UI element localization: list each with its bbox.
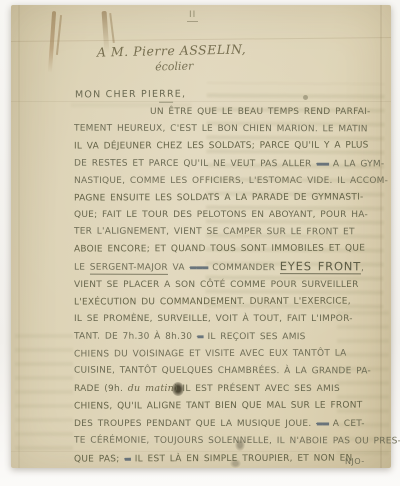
text-segment: du matin: [128, 383, 174, 394]
text-segment: CHIENS, QU'IL ALIGNE TANT BIEN QUE MAL S…: [74, 401, 363, 412]
page-number: II: [187, 10, 198, 22]
letter-line: DES TROUPES PENDANT QUE LA MUSIQUE JOUE.…: [74, 415, 388, 433]
salutation: MON CHER PIERRE,: [75, 89, 186, 101]
letter-line: NASTIQUE, COMME LES OFFICIERS, L'ESTOMAC…: [74, 173, 388, 190]
text-segment: VA: [168, 263, 189, 273]
text-segment: DE RESTES ET PARCE QU'IL NE VEUT PAS ALL…: [74, 159, 316, 170]
crossed-out-word: ▬▬▬: [189, 263, 207, 272]
letter-line: QUE PAS; ▬ IL EST LÀ EN SIMPLE TROUPIER,…: [74, 449, 388, 468]
crease-line: [11, 101, 391, 102]
crease-line: [18, 5, 20, 468]
text-segment: UN ÊTRE QUE LE BEAU TEMPS REND PARFAI-: [150, 107, 371, 117]
text-segment: A LA GYM-: [328, 159, 384, 169]
text-segment: COMMANDER: [208, 263, 280, 273]
letter-line: DE RESTES ET PARCE QU'IL NE VEUT PAS ALL…: [74, 155, 388, 174]
letter-line: PAGNE ENSUITE LES SOLDATS A LA PARADE DE…: [74, 189, 388, 207]
letter-line: VIENT SE PLACER A SON CÔTÉ COMME POUR SU…: [74, 277, 388, 294]
letter-line: L'EXÉCUTION DU COMMANDEMENT. DURANT L'EX…: [74, 293, 388, 311]
scan-background: II A M. Pierre ASSELIN, écolier MON CHER…: [0, 0, 400, 486]
text-segment: IL REÇOIT SES AMIS: [203, 332, 306, 342]
crossed-out-word: ▬: [124, 454, 130, 463]
text-segment: ABOIE ENCORE; ET QUAND TOUS SONT IMMOBIL…: [74, 244, 365, 255]
text-segment: EYES FRONT: [280, 259, 361, 274]
ink-speck: [303, 95, 308, 100]
text-segment: TER L'ALIGNEMENT, VIENT SE CAMPER SUR LE…: [74, 227, 355, 238]
letter-line: CHIENS, QU'IL ALIGNE TANT BIEN QUE MAL S…: [74, 397, 388, 415]
letter-line: IL SE PROMÈNE, SURVEILLE, VOIT À TOUT, F…: [74, 311, 388, 328]
crossed-out-word: ▬▬: [316, 419, 328, 428]
text-segment: NASTIQUE, COMME LES OFFICIERS, L'ESTOMAC…: [74, 176, 388, 186]
text-segment: QUE; FAIT LE TOUR DES PELOTONS EN ABOYAN…: [74, 210, 368, 220]
text-segment: LE: [74, 263, 90, 273]
text-segment: VIENT SE PLACER A SON CÔTÉ COMME POUR SU…: [74, 280, 359, 290]
text-segment: A CET-: [328, 419, 365, 429]
text-segment: RADE (9h.: [74, 384, 128, 394]
text-segment: IL VA DÉJEUNER CHEZ LES SOLDATS; PARCE Q…: [74, 141, 369, 152]
crossed-out-word: ▬: [197, 332, 203, 341]
bleed-through: [15, 330, 73, 460]
text-segment: PAGNE ENSUITE LES SOLDATS A LA PARADE DE…: [74, 193, 364, 204]
text-segment: QUE PAS;: [74, 454, 124, 464]
text-segment: ) IL EST PRÉSENT AVEC SES AMIS: [174, 384, 340, 394]
stain-streak: [56, 15, 62, 55]
letter-line: TANT. DE 7h.30 À 8h.30 ▬ IL REÇOIT SES A…: [74, 328, 388, 347]
letter-line: IL VA DÉJEUNER CHEZ LES SOLDATS; PARCE Q…: [74, 137, 388, 155]
letter-line: CHIENS DU VOISINAGE ET VISITE AVEC EUX T…: [74, 345, 388, 363]
crease-line: [11, 37, 391, 42]
text-segment: L'EXÉCUTION DU COMMANDEMENT. DURANT L'EX…: [74, 297, 351, 308]
stain-streak: [109, 13, 115, 43]
text-segment: TANT. DE 7h.30 À 8h.30: [74, 332, 197, 342]
catchword: NJO-: [345, 457, 365, 466]
text-segment: IL SE PROMÈNE, SURVEILLE, VOIT À TOUT, F…: [74, 314, 353, 324]
text-segment: IL EST LÀ EN SIMPLE TROUPIER, ET NON EN: [130, 454, 352, 465]
text-segment: DES TROUPES PENDANT QUE LA MUSIQUE JOUE.: [74, 419, 316, 429]
letter-line: ABOIE ENCORE; ET QUAND TOUS SONT IMMOBIL…: [74, 240, 388, 258]
letter-line: CUISINE, TANTÔT QUELQUES CHAMBRÉES. À LA…: [74, 363, 388, 381]
recipient-name: A M. Pierre ASSELIN,: [97, 41, 247, 59]
letter-line: LE SERGENT-MAJOR VA ▬▬▬ COMMANDER EYES F…: [74, 258, 388, 278]
recipient-address: A M. Pierre ASSELIN, écolier: [97, 41, 247, 74]
letter-line: TEMENT HEUREUX, C'EST LE BON CHIEN MARIO…: [74, 121, 388, 139]
text-segment: CHIENS DU VOISINAGE ET VISITE AVEC EUX T…: [74, 349, 347, 360]
letter-line: TE CÉRÉMONIE, TOUJOURS SOLENNELLE, IL N'…: [74, 433, 388, 451]
letter-body: UN ÊTRE QUE LE BEAU TEMPS REND PARFAI-TE…: [74, 104, 388, 468]
crossed-out-word: ▬▬: [316, 159, 328, 168]
text-segment: TE CÉRÉMONIE, TOUJOURS SOLENNELLE, IL N'…: [74, 436, 400, 447]
letter-line: RADE (9h. du matin) IL EST PRÉSENT AVEC …: [74, 380, 388, 398]
letter-line: QUE; FAIT LE TOUR DES PELOTONS EN ABOYAN…: [74, 207, 388, 224]
text-segment: CUISINE, TANTÔT QUELQUES CHAMBRÉES. À LA…: [74, 366, 371, 377]
text-segment: SERGENT-MAJOR: [90, 263, 168, 275]
letter-line: TER L'ALIGNEMENT, VIENT SE CAMPER SUR LE…: [74, 224, 388, 242]
stain-streak: [48, 11, 56, 73]
letter-page: II A M. Pierre ASSELIN, écolier MON CHER…: [11, 5, 391, 468]
text-segment: ,: [361, 263, 364, 273]
recipient-title: écolier: [155, 58, 247, 73]
text-segment: TEMENT HEUREUX, C'EST LE BON CHIEN MARIO…: [74, 124, 368, 135]
letter-line: UN ÊTRE QUE LE BEAU TEMPS REND PARFAI-: [74, 104, 388, 121]
